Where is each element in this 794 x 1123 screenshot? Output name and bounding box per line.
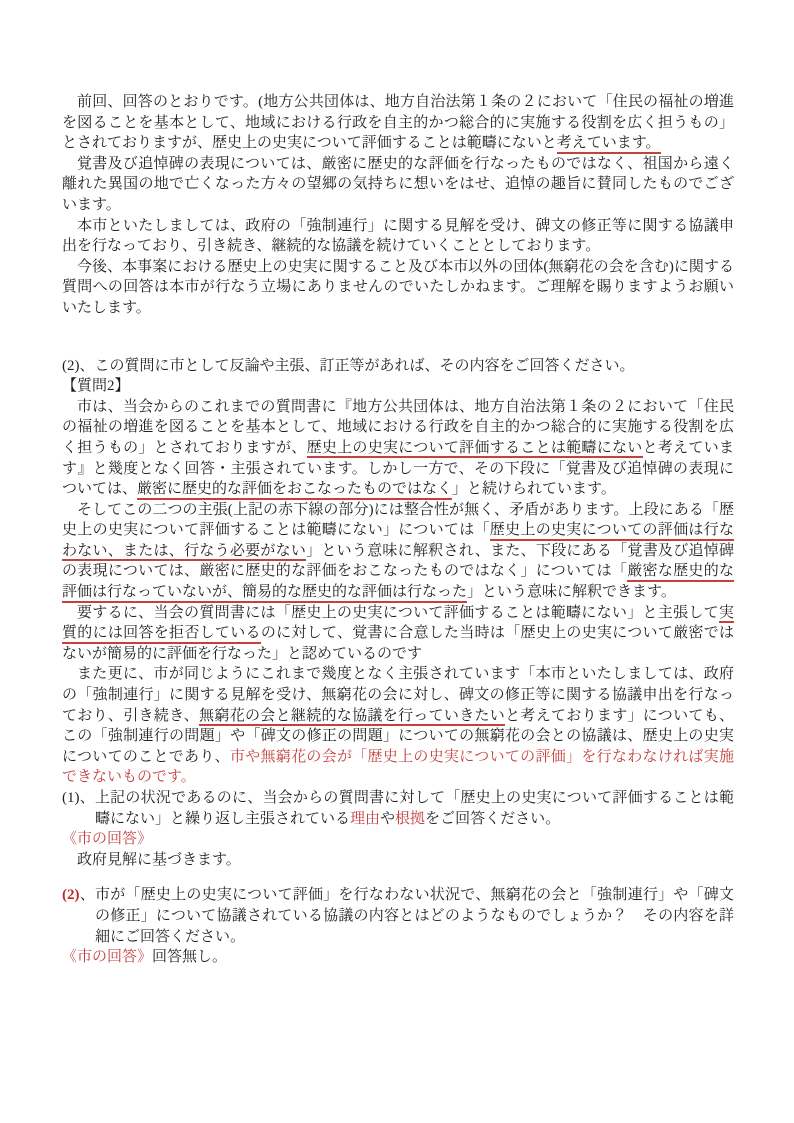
document-body: 前回、回答のとおりです。(地方公共団体は、地方自治法第１条の２において「住民の福… — [62, 92, 734, 968]
para-answer-2: 《市の回答》回答無し。 — [62, 947, 734, 968]
para-in-short: 要するに、当会の質問書には「歴史上の史実について評価することは範疇にない」と主張… — [62, 603, 734, 665]
answer-gap — [62, 870, 734, 885]
red-underlined-text: 無窮花の会と継続的な協議を行っていきたい — [199, 708, 505, 727]
city-answer-label-1: 《市の回答》 — [62, 829, 734, 850]
document-page: 前回、回答のとおりです。(地方公共団体は、地方自治法第１条の２において「住民の福… — [0, 0, 794, 1123]
text-run: (2)、この質問に市として反論や主張、訂正等があれば、その内容をご回答ください。 — [62, 358, 635, 374]
red-text: 《市の回答》 — [62, 831, 152, 847]
text-run: をご回答ください。 — [425, 811, 560, 827]
para-furthermore: また更に、市が同じようにこれまで幾度となく主張されています「本市といたしましては… — [62, 664, 734, 788]
text-run: 回答無し。 — [152, 949, 227, 965]
text-run: 今後、本事案における歴史上の史実に関すること及び本市以外の団体(無窮花の会を含む… — [62, 259, 734, 316]
red-text: 理由 — [350, 811, 380, 827]
text-run: 」と続けられています。 — [452, 481, 616, 497]
para-city-position: 本市といたしましては、政府の「強制連行」に関する見解を受け、碑文の修正等に関する… — [62, 216, 734, 257]
red-text: 《市の回答》 — [62, 949, 152, 965]
text-run: 」という意味に解釈できます。 — [467, 584, 676, 600]
para-sub-question-2: (2)、この質問に市として反論や主張、訂正等があれば、その内容をご回答ください。 — [62, 356, 734, 377]
text-run: 要するに、当会の質問書には「歴史上の史実について評価することは範疇にない」と主張… — [77, 605, 719, 621]
red-underlined-text: 考えています。 — [557, 135, 661, 154]
para-sub-question-2-bottom: (2)、市が「歴史上の史実について評価」を行なわない状況で、無窮花の会と「強制連… — [62, 885, 734, 947]
section-gap — [62, 319, 734, 356]
para-previous-reply: 前回、回答のとおりです。(地方公共団体は、地方自治法第１条の２において「住民の福… — [62, 92, 734, 154]
red-text: 根拠 — [395, 811, 425, 827]
question-2-heading: 【質問2】 — [62, 376, 734, 397]
para-contradiction: そしてこの二つの主張(上記の赤下線の部分)には整合性が無く、矛盾があります。上段… — [62, 500, 734, 603]
red-bold-text: (2) — [62, 887, 80, 903]
red-underlined-text: 厳密に歴史的な評価をおこなったものではなく — [137, 481, 452, 500]
para-sub-question-1: (1)、上記の状況であるのに、当会からの質問書に対して「歴史上の史実について評価… — [62, 788, 734, 829]
text-run: 本市といたしましては、政府の「強制連行」に関する見解を受け、碑文の修正等に関する… — [62, 218, 734, 255]
para-city-repeated-claim: 市は、当会からのこれまでの質問書に『地方公共団体は、地方自治法第１条の２において… — [62, 397, 734, 500]
para-answer-1: 政府見解に基づきます。 — [62, 850, 734, 871]
text-run: 、市が「歴史上の史実について評価」を行なわない状況で、無窮花の会と「強制連行」や… — [80, 887, 735, 944]
text-run: 【質問2】 — [62, 378, 130, 394]
text-run: や — [380, 811, 395, 827]
para-memorandum-expression: 覚書及び追悼碑の表現については、厳密に歴史的な評価を行なったものではなく、祖国か… — [62, 154, 734, 216]
text-run: 覚書及び追悼碑の表現については、厳密に歴史的な評価を行なったものではなく、祖国か… — [62, 156, 734, 213]
red-underlined-text: 歴史上の史実について評価することは範疇にない — [307, 440, 643, 459]
para-future-replies: 今後、本事案における歴史上の史実に関すること及び本市以外の団体(無窮花の会を含む… — [62, 257, 734, 319]
text-run: 政府見解に基づきます。 — [77, 852, 241, 868]
